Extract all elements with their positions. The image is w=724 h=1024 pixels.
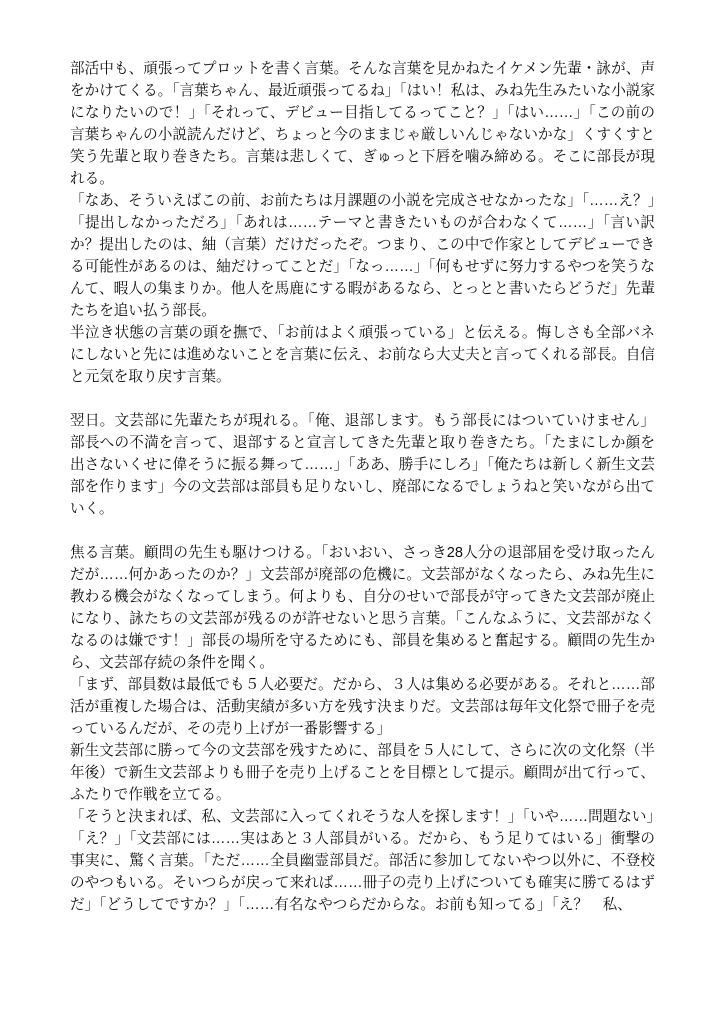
- paragraph-club-activity: 部活中も、頑張ってプロットを書く言葉。そんな言葉を見かねたイケメン先輩・詠が、声…: [70, 58, 655, 190]
- document-page: 部活中も、頑張ってプロットを書く言葉。そんな言葉を見かねたイケメン先輩・詠が、声…: [0, 0, 724, 1024]
- paragraph-survival-conditions: 「まず、部員数は最低でも５人必要だ。だから、３人は集める必要がある。それと……部…: [70, 674, 655, 740]
- paragraph-club-leader-scolds: 「なあ、そういえばこの前、お前たちは月課題の小説を完成させなかったな」「……え？…: [70, 190, 655, 322]
- paragraph-next-day-resignation: 翌日。文芸部に先輩たちが現れる。「俺、退部します。もう部長にはついていけません」…: [70, 410, 655, 520]
- paragraph-encouragement: 半泣き状態の言葉の頭を撫で、「お前はよく頑張っている」と伝える。悔しさも全部バネ…: [70, 322, 655, 388]
- paragraph-goal-presentation: 新生文芸部に勝って今の文芸部を残すために、部員を５人にして、さらに次の文化祭（半…: [70, 740, 655, 806]
- paragraph-recruit-dialogue: 「そうと決まれば、私、文芸部に入ってくれそうな人を探します！」「いや……問題ない…: [70, 806, 655, 828]
- paragraph-club-crisis: 焦る言葉。顧問の先生も駆けつける。「おいおい、さっき28人分の退部届を受け取った…: [70, 542, 655, 674]
- paragraph-ghost-members: 「え？」「文芸部には……実はあと３人部員がいる。だから、もう足りてはいる」衝撃の…: [70, 828, 655, 916]
